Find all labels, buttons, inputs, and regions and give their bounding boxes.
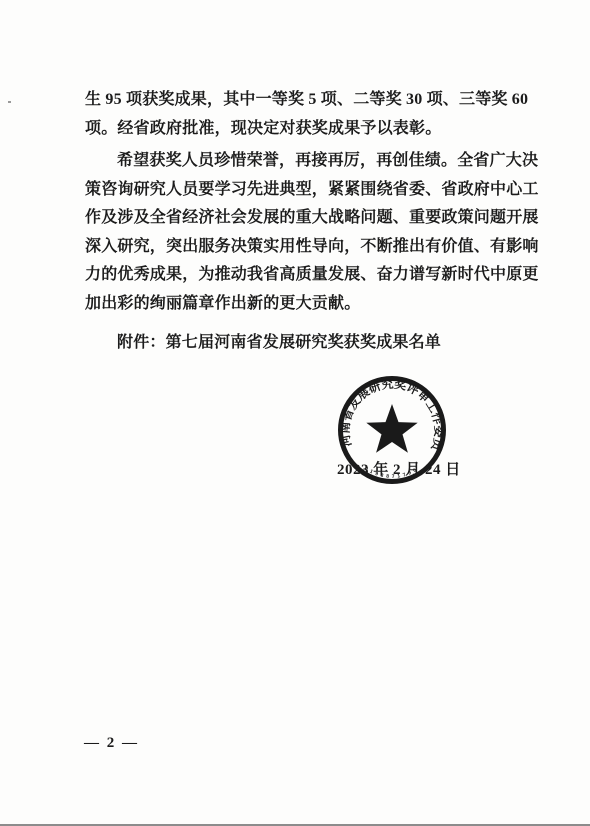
body-line: 策咨询研究人员要学习先进典型，紧紧围绕省委、省政府中心工: [85, 176, 545, 205]
body-line: 生 95 项获奖成果，其中一等奖 5 项、二等奖 30 项、三等奖 60: [85, 86, 545, 115]
page-number: — 2 —: [84, 735, 139, 752]
body-line: 力的优秀成果，为推动我省高质量发展、奋力谱写新时代中原更: [85, 261, 545, 290]
star-icon: [366, 404, 417, 453]
attachment-reference: 附件：第七届河南省发展研究奖获奖成果名单: [85, 329, 545, 358]
body-line: 项。经省政府批准，现决定对获奖成果予以表彰。: [85, 115, 545, 144]
body-line: 作及涉及全省经济社会发展的重大战略问题、重要政策问题开展: [85, 204, 545, 233]
body-line: 希望获奖人员珍惜荣誉，再接再厉，再创佳绩。全省广大决: [85, 147, 545, 176]
official-seal: 河南省发展研究奖评审工作委员会 0198871790: [332, 370, 452, 490]
paragraph-award-results: 生 95 项获奖成果，其中一等奖 5 项、二等奖 30 项、三等奖 60 项。经…: [85, 86, 545, 143]
scanned-document-page: 生 95 项获奖成果，其中一等奖 5 项、二等奖 30 项、三等奖 60 项。经…: [0, 0, 590, 826]
attachment-line: 附件：第七届河南省发展研究奖获奖成果名单: [85, 329, 545, 358]
scan-speck: [8, 101, 11, 103]
body-line: 深入研究，突出服务决策实用性导向，不断推出有价值、有影响: [85, 233, 545, 262]
paragraph-encouragement: 希望获奖人员珍惜荣誉，再接再厉，再创佳绩。全省广大决 策咨询研究人员要学习先进典…: [85, 147, 545, 318]
body-line: 加出彩的绚丽篇章作出新的更大贡献。: [85, 290, 545, 319]
